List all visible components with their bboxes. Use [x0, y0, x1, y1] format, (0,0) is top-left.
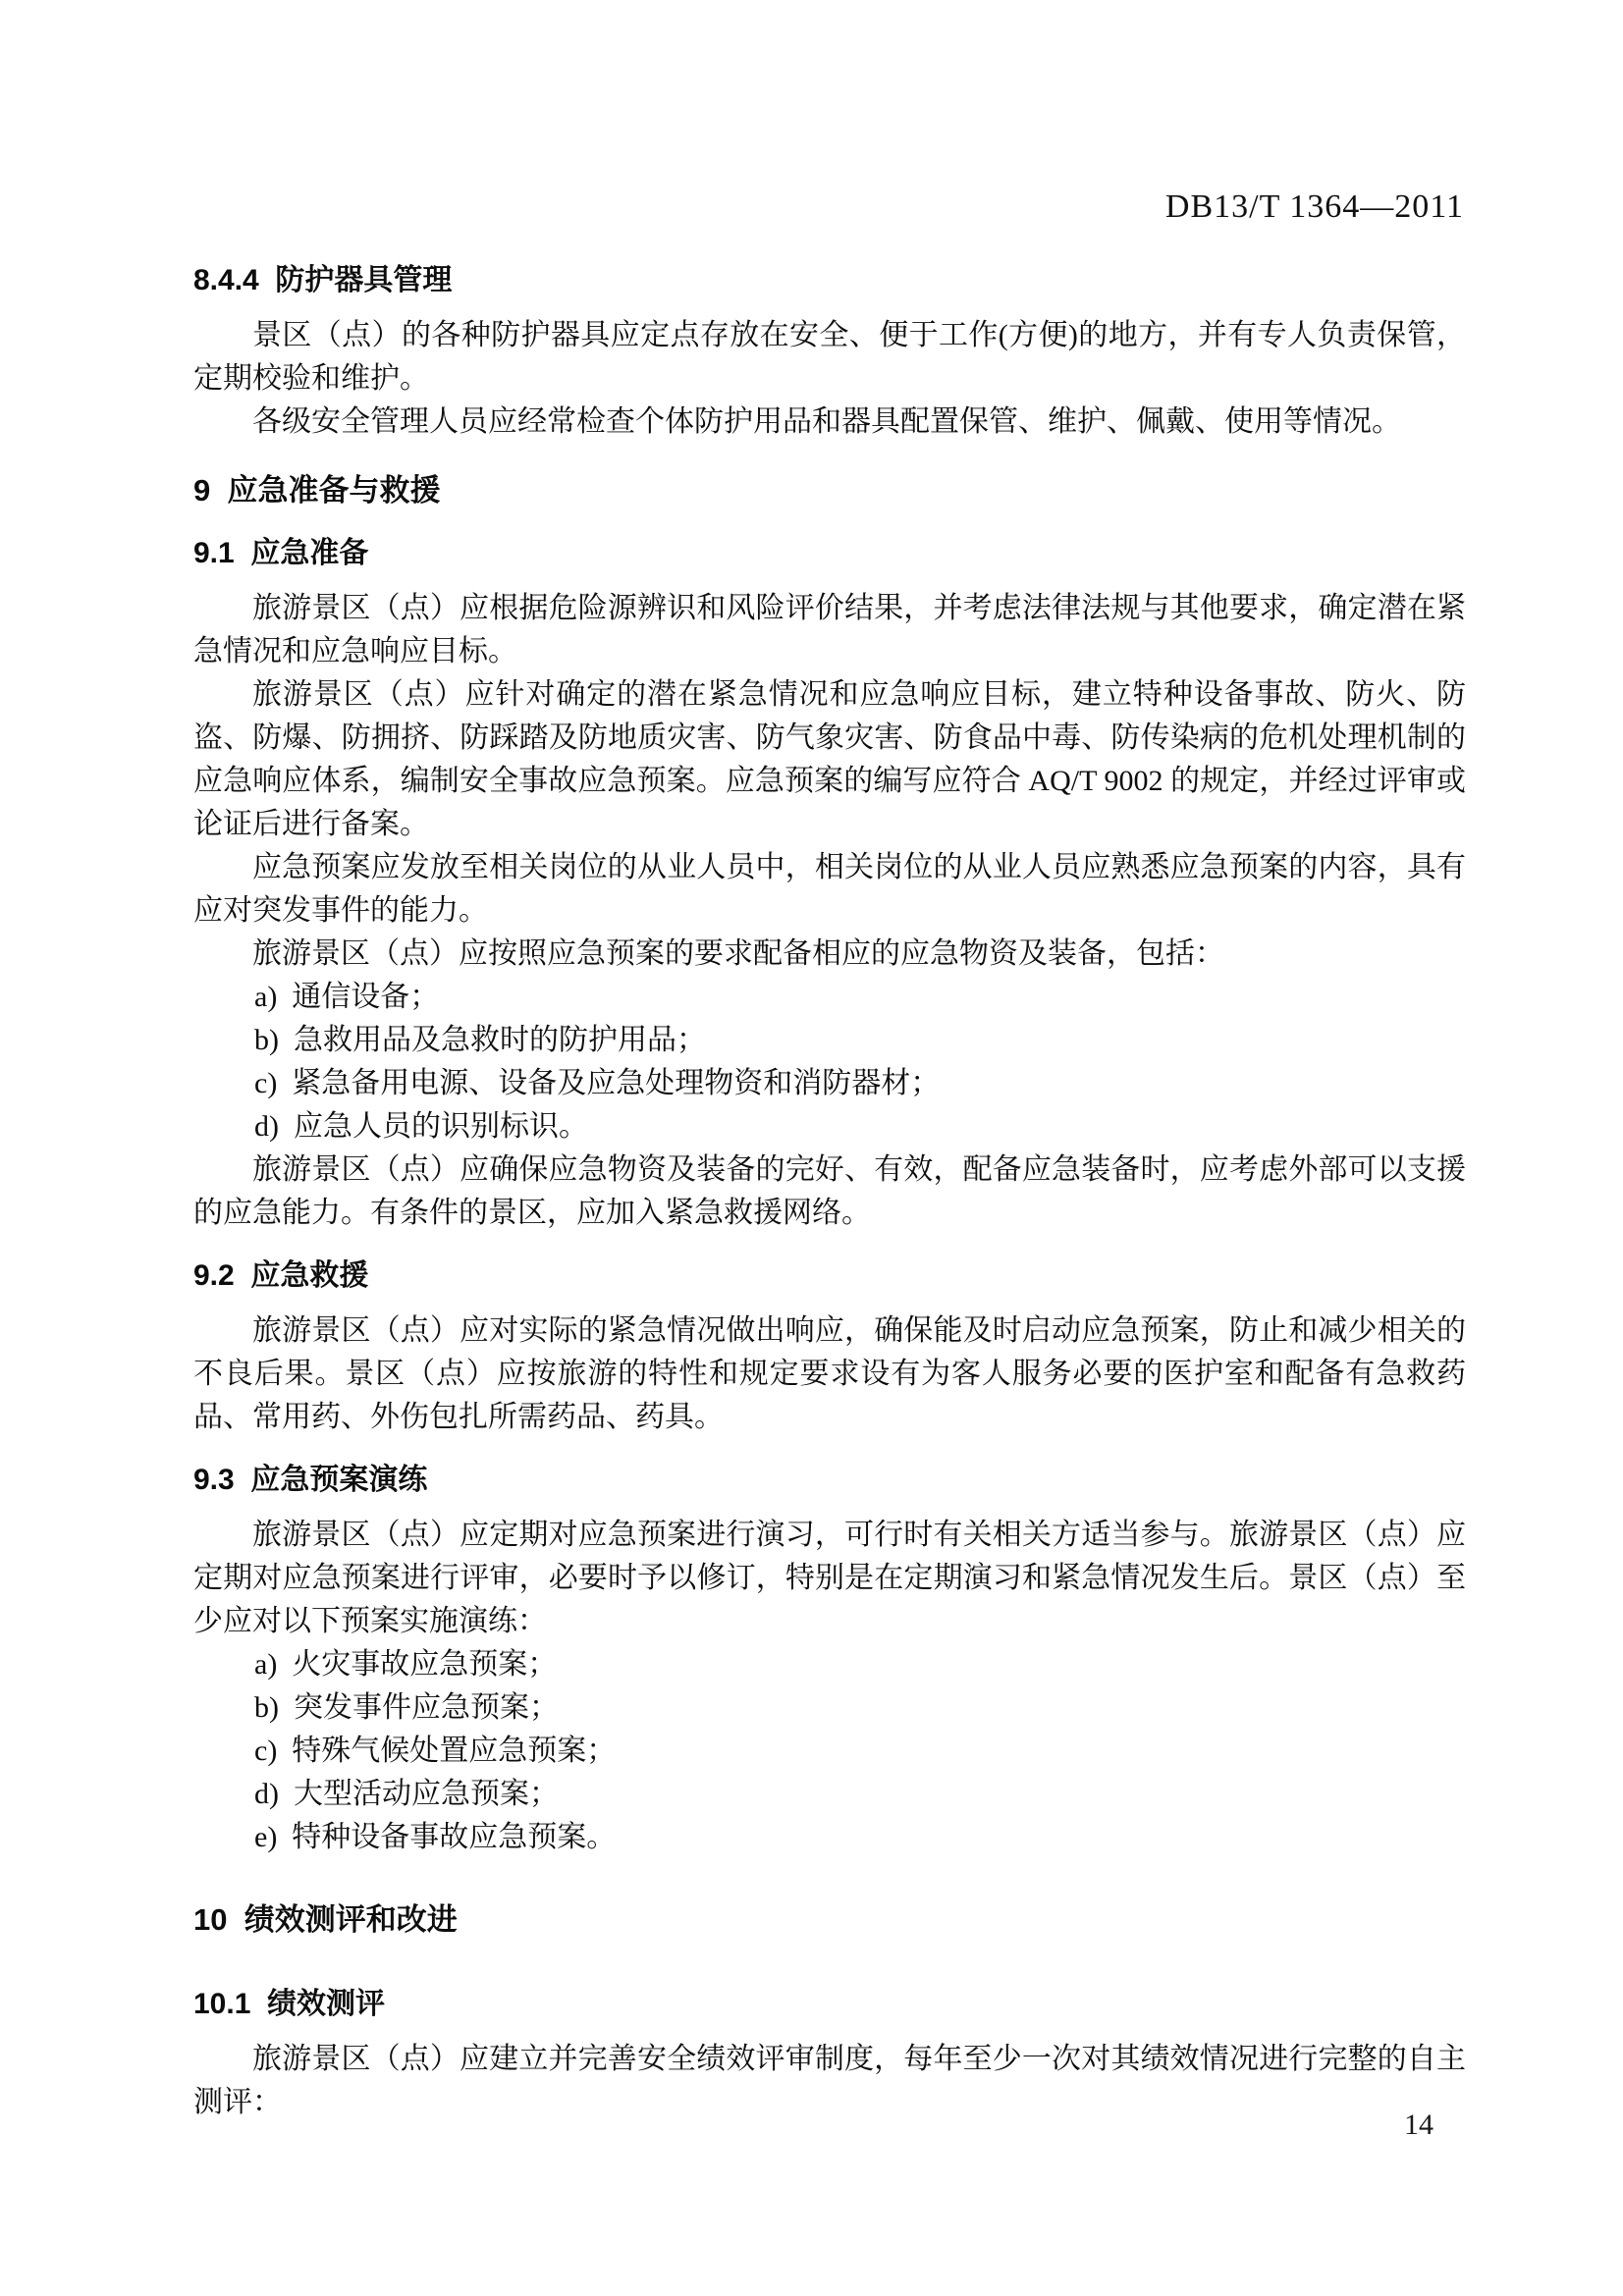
- list-item-9-3-d: d) 大型活动应急预案；: [193, 1773, 1466, 1816]
- heading-9-3-emergency-drill: 9.3 应急预案演练: [193, 1459, 1466, 1502]
- paragraph-9-2-response: 旅游景区（点）应对实际的紧急情况做出响应，确保能及时启动应急预案，防止和减少相关…: [193, 1309, 1466, 1439]
- document-page: DB13/T 1364—2011 8.4.4 防护器具管理 景区（点）的各种防护…: [0, 0, 1623, 2296]
- heading-10-1-performance-evaluation: 10.1 绩效测评: [193, 1983, 1466, 2026]
- list-item-9-1-a: a) 通信设备；: [193, 976, 1466, 1019]
- paragraph-9-1-risk-identification: 旅游景区（点）应根据危险源辨识和风险评价结果，并考虑法律法规与其他要求，确定潜在…: [193, 587, 1466, 673]
- heading-9-1-emergency-preparedness: 9.1 应急准备: [193, 532, 1466, 575]
- list-item-9-3-c: c) 特殊气候处置应急预案；: [193, 1730, 1466, 1773]
- heading-10-performance-evaluation-improvement: 10 绩效测评和改进: [193, 1898, 1466, 1942]
- list-item-9-1-c: c) 紧急备用电源、设备及应急处理物资和消防器材；: [193, 1062, 1466, 1105]
- standard-code-header: DB13/T 1364—2011: [1165, 188, 1464, 226]
- page-number: 14: [1404, 2109, 1434, 2142]
- paragraph-8-4-4-storage: 景区（点）的各种防护器具应定点存放在安全、便于工作(方便)的地方，并有专人负责保…: [193, 314, 1466, 400]
- paragraph-9-1-plan-distribution: 应急预案应发放至相关岗位的从业人员中，相关岗位的从业人员应熟悉应急预案的内容，具…: [193, 846, 1466, 933]
- paragraph-8-4-4-inspection: 各级安全管理人员应经常检查个体防护用品和器具配置保管、维护、佩戴、使用等情况。: [193, 400, 1466, 444]
- heading-8-4-4-protective-equipment: 8.4.4 防护器具管理: [193, 259, 1466, 302]
- document-body: 8.4.4 防护器具管理 景区（点）的各种防护器具应定点存放在安全、便于工作(方…: [193, 259, 1466, 2124]
- list-item-9-1-d: d) 应急人员的识别标识。: [193, 1105, 1466, 1148]
- list-item-9-1-b: b) 急救用品及急救时的防护用品；: [193, 1019, 1466, 1062]
- paragraph-9-3-drill: 旅游景区（点）应定期对应急预案进行演习，可行时有关相关方适当参与。旅游景区（点）…: [193, 1514, 1466, 1643]
- list-item-9-3-a: a) 火灾事故应急预案；: [193, 1643, 1466, 1686]
- list-item-9-3-b: b) 突发事件应急预案；: [193, 1686, 1466, 1730]
- paragraph-10-1-self-evaluation: 旅游景区（点）应建立并完善安全绩效评审制度，每年至少一次对其绩效情况进行完整的自…: [193, 2038, 1466, 2124]
- heading-9-2-emergency-rescue: 9.2 应急救援: [193, 1255, 1466, 1298]
- paragraph-9-1-supplies-intro: 旅游景区（点）应按照应急预案的要求配备相应的应急物资及装备，包括：: [193, 933, 1466, 976]
- heading-9-emergency-preparedness-rescue: 9 应急准备与救援: [193, 469, 1466, 512]
- paragraph-9-1-response-system: 旅游景区（点）应针对确定的潜在紧急情况和应急响应目标，建立特种设备事故、防火、防…: [193, 673, 1466, 846]
- list-item-9-3-e: e) 特种设备事故应急预案。: [193, 1816, 1466, 1859]
- paragraph-9-1-equipment-integrity: 旅游景区（点）应确保应急物资及装备的完好、有效，配备应急装备时，应考虑外部可以支…: [193, 1148, 1466, 1235]
